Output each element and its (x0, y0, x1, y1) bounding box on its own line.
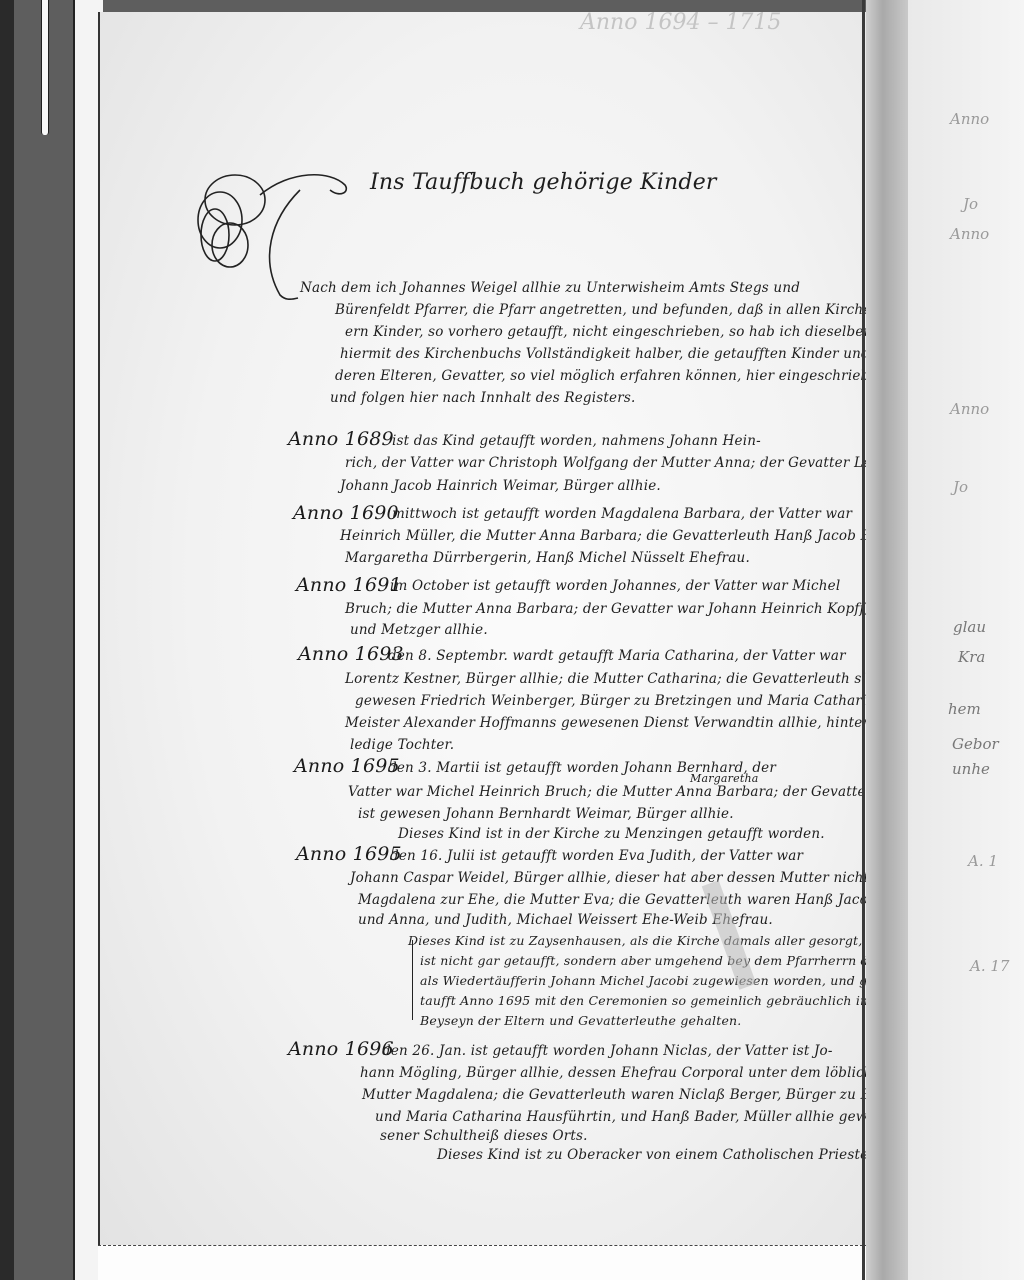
entry-year: Anno 1689 (288, 428, 394, 450)
adjacent-fragment: Kra (958, 648, 985, 666)
entry-line: Meister Alexander Hoffmanns gewesenen Di… (345, 715, 921, 731)
entry-year: Anno 1695 (294, 755, 400, 777)
page-title: Ins Tauffbuch gehörige Kinder (370, 170, 717, 195)
binding-gutter (862, 0, 865, 1280)
adjacent-fragment: Gebor (952, 735, 999, 753)
adjacent-fragment: hem (948, 700, 981, 718)
adjacent-fragment: Anno (950, 225, 989, 243)
marginal-note-line: als Wiedertäufferin Johann Michel Jacobi… (420, 973, 879, 988)
adjacent-page: Anno Anno Jo Anno Jo glau Kra hem Gebor … (908, 0, 1024, 1280)
entry-line: Dieses Kind ist in der Kirche zu Menzing… (398, 826, 825, 842)
entry-line: sener Schultheiß dieses Orts. (380, 1128, 588, 1144)
entry-year: Anno 1690 (293, 502, 399, 524)
adjacent-fragment: Jo (953, 478, 968, 496)
entry-line: Magdalena zur Ehe, die Mutter Eva; die G… (358, 892, 924, 908)
entry-line: mittwoch ist getaufft worden Magdalena B… (392, 506, 852, 522)
entry-line: Lorentz Kestner, Bürger allhie; die Mutt… (345, 671, 884, 687)
adjacent-fragment: unhe (952, 760, 990, 778)
entry-line: und Maria Catharina Hausführtin, und Han… (375, 1109, 880, 1125)
entry-line: und Anna, und Judith, Michael Weissert E… (358, 912, 773, 928)
entry-line: Mutter Magdalena; die Gevatterleuth ware… (362, 1087, 918, 1103)
adjacent-fragment: Anno (950, 400, 989, 418)
adjacent-fragment: glau (953, 618, 986, 636)
intro-line: deren Elteren, Gevatter, so viel möglich… (335, 368, 886, 384)
intro-line: ern Kinder, so vorhero getaufft, nicht e… (345, 324, 873, 340)
entry-line: ledige Tochter. (350, 737, 454, 753)
adjacent-fragment: A. 17 (970, 957, 1009, 975)
entry-line: den 8. Septembr. wardt getaufft Maria Ca… (388, 648, 846, 664)
entry-year: Anno 1696 (288, 1038, 394, 1060)
marginal-note-line: ist nicht gar getaufft, sondern aber umg… (420, 953, 919, 968)
entry-line: den 26. Jan. ist getaufft worden Johann … (382, 1043, 833, 1059)
marginal-note-line: Dieses Kind ist zu Zaysenhausen, als die… (408, 933, 862, 948)
entry-line: Vatter war Michel Heinrich Bruch; die Mu… (348, 784, 872, 800)
intro-line: hiermit des Kirchenbuchs Vollständigkeit… (340, 346, 870, 362)
entry-year: Anno 1695 (296, 843, 402, 865)
entry-line: ist gewesen Johann Bernhardt Weimar, Bür… (358, 806, 734, 822)
intro-line: und folgen hier nach Innhalt des Registe… (330, 390, 636, 406)
adjacent-fragment: Anno (950, 110, 989, 128)
entry-year: Anno 1691 (296, 574, 402, 596)
entry-line: im October ist getaufft worden Johannes,… (390, 578, 840, 594)
entry-line: Johann Caspar Weidel, Bürger allhie, die… (350, 870, 944, 886)
marginal-note-line: taufft Anno 1695 mit den Ceremonien so g… (420, 993, 868, 1008)
adjacent-fragment: Jo (963, 195, 978, 213)
adjacent-fragment: A. 1 (968, 852, 998, 870)
page-bottom-edge (98, 1245, 868, 1280)
entry-line: rich, der Vatter war Christoph Wolfgang … (345, 455, 923, 471)
entry-line: Heinrich Müller, die Mutter Anna Barbara… (340, 528, 934, 544)
intro-line: Nach dem ich Johannes Weigel allhie zu U… (300, 280, 800, 296)
intro-line: Bürenfeldt Pfarrer, die Pfarr angetrette… (335, 302, 919, 318)
marginal-note-line: Beyseyn der Eltern und Gevatterleuthe ge… (420, 1013, 741, 1028)
entry-line: und Metzger allhie. (350, 622, 488, 638)
note-bracket (412, 940, 413, 1020)
faint-header-bleedthrough: Anno 1694 – 1715 (580, 10, 830, 70)
entry-line: Bruch; die Mutter Anna Barbara; der Geva… (345, 601, 923, 617)
entry-line: den 16. Julii ist getaufft worden Eva Ju… (390, 848, 803, 864)
entry-line: Johann Jacob Hainrich Weimar, Bürger all… (340, 478, 661, 494)
entry-line: ist das Kind getaufft worden, nahmens Jo… (392, 433, 761, 449)
entry-line: gewesen Friedrich Weinberger, Bürger zu … (355, 693, 888, 709)
entry-line: Margaretha Dürrbergerin, Hanß Michel Nüs… (345, 550, 750, 566)
scanner-edge-dark (0, 0, 14, 1280)
page-clip (41, 0, 49, 135)
gutter-shadow (866, 0, 908, 1280)
